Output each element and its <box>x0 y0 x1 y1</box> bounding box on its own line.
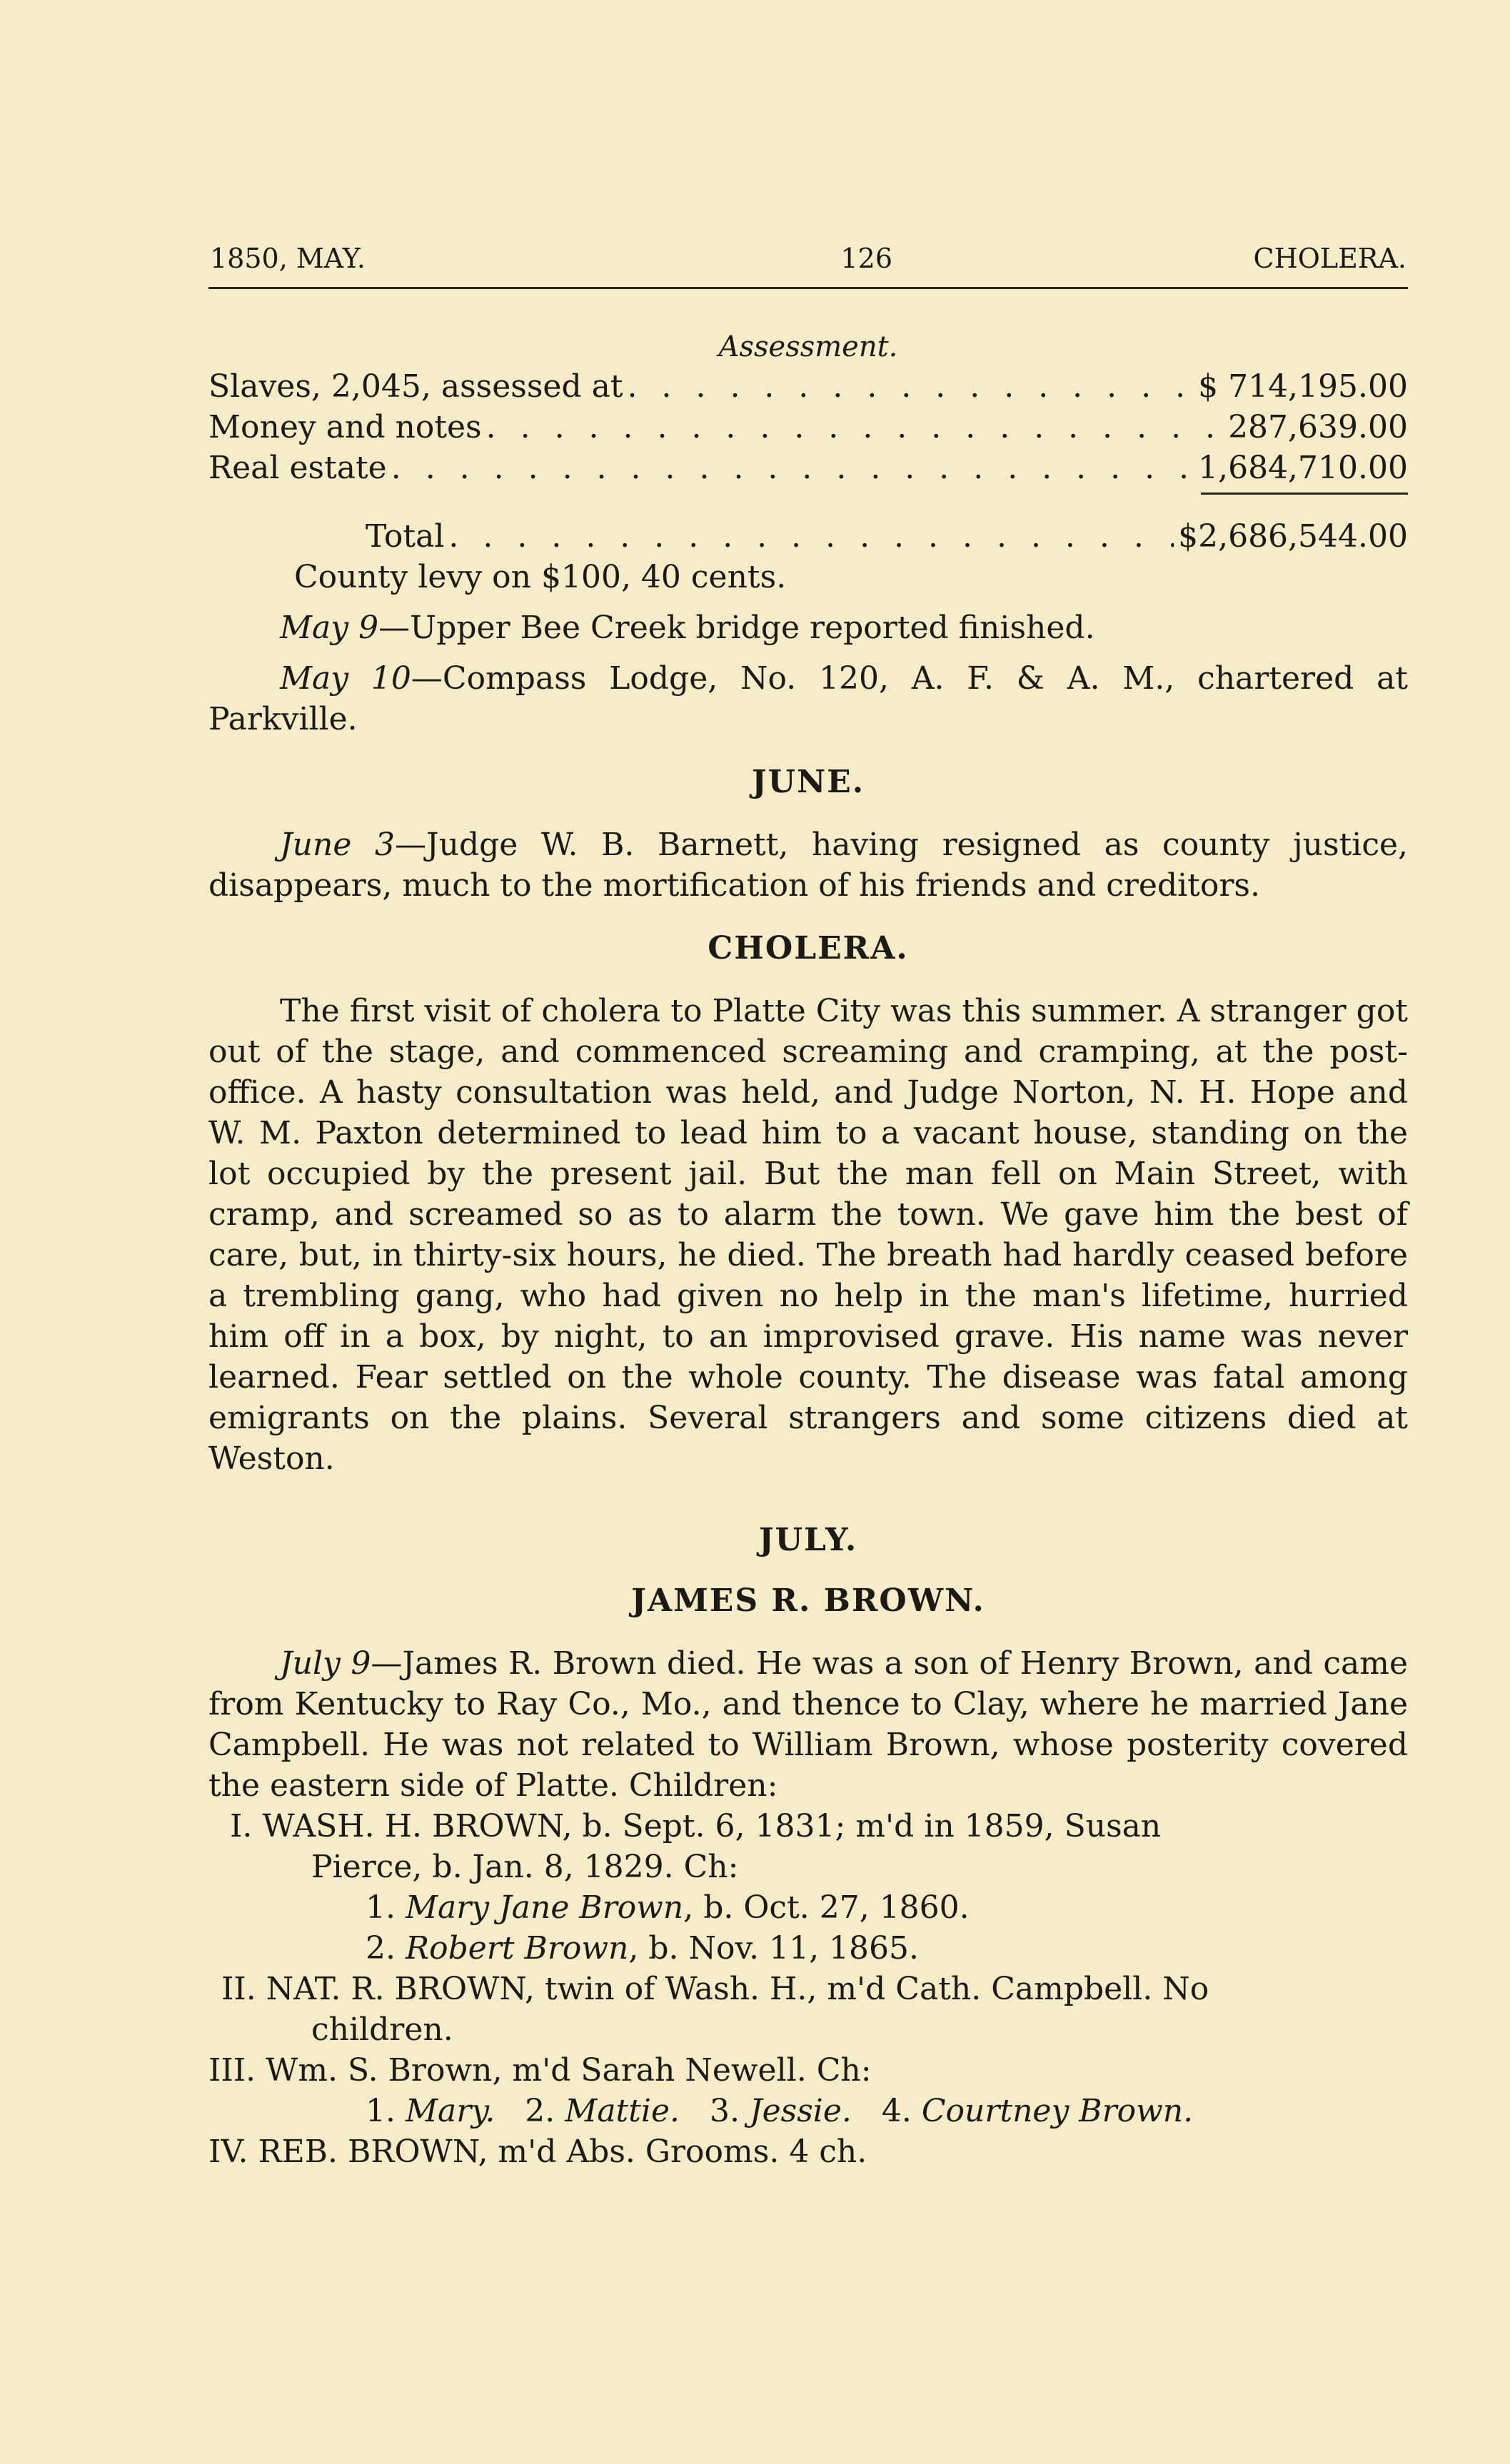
subheading-james-r-brown: JAMES R. BROWN. <box>208 1582 1408 1619</box>
grandchild-birth: , b. Oct. 27, 1860. <box>683 1889 969 1926</box>
entry-june-3: June 3—Judge W. B. Barnett, having resig… <box>208 824 1408 906</box>
grandchild-line: 1. Mary Jane Brown, b. Oct. 27, 1860. <box>208 1887 1408 1928</box>
grandchild-name: Mattie. <box>565 2093 680 2129</box>
section-heading-june: JUNE. <box>208 764 1408 800</box>
children-list: I. WASH. H. BROWN, b. Sept. 6, 1831; m'd… <box>208 1806 1408 2172</box>
ledger-row-slaves: Slaves, 2,045, assessed at $ 714,195.00 <box>208 366 1408 407</box>
ledger-amount: $ 714,195.00 <box>1198 366 1408 407</box>
grandchild-number: 2. <box>525 2093 555 2129</box>
header-rule <box>208 287 1408 289</box>
entry-date: July 9 <box>280 1645 371 1682</box>
grandchild-name: Jessie. <box>750 2093 852 2129</box>
child-line: I. WASH. H. BROWN, b. Sept. 6, 1831; m'd… <box>208 1806 1408 1847</box>
grandchild-number: 1. <box>366 1889 396 1926</box>
entry-text: —Upper Bee Creek bridge reported finishe… <box>378 610 1094 646</box>
entry-text: —James R. Brown died. He was a son of He… <box>208 1645 1408 1804</box>
ledger-amount: 1,684,710.00 <box>1198 448 1408 488</box>
grandchild-number: 2. <box>366 1930 396 1966</box>
child-line: II. NAT. R. BROWN, twin of Wash. H., m'd… <box>208 1969 1408 2009</box>
running-head-date: 1850, MAY. <box>210 243 366 274</box>
ledger-row-real-estate: Real estate 1,684,710.00 <box>208 448 1408 488</box>
dot-leader <box>628 366 1194 407</box>
grandchild-name: Courtney Brown. <box>922 2093 1193 2129</box>
entry-may-9: May 9—Upper Bee Creek bridge reported fi… <box>208 607 1408 648</box>
ledger-label: Money and notes <box>208 407 482 448</box>
ledger-label: Real estate <box>208 448 387 488</box>
grandchild-name: Mary Jane Brown <box>406 1889 683 1926</box>
grandchild-birth: , b. Nov. 11, 1865. <box>628 1930 919 1966</box>
child-line-continued: Pierce, b. Jan. 8, 1829. Ch: <box>208 1847 1408 1887</box>
running-head-section: CHOLERA. <box>1254 243 1406 274</box>
entry-date: May 10 <box>280 660 411 697</box>
dot-leader <box>448 516 1174 557</box>
entry-date: May 9 <box>280 610 378 646</box>
grandchild-name: Mary. <box>406 2093 495 2129</box>
grandchild-line: 2. Robert Brown, b. Nov. 11, 1865. <box>208 1928 1408 1969</box>
book-page: 1850, MAY. 126 CHOLERA. Assessment. Slav… <box>208 243 1408 2172</box>
ledger-row-money: Money and notes 287,639.00 <box>208 407 1408 448</box>
assessment-table: Slaves, 2,045, assessed at $ 714,195.00 … <box>208 366 1408 557</box>
running-head: 1850, MAY. 126 CHOLERA. <box>208 243 1408 284</box>
ledger-label: Total <box>366 516 444 557</box>
cholera-paragraph: The first visit of cholera to Platte Cit… <box>208 991 1408 1479</box>
entry-july-9: July 9—James R. Brown died. He was a son… <box>208 1643 1408 1806</box>
ledger-label: Slaves, 2,045, assessed at <box>208 366 623 407</box>
grandchild-name: Robert Brown <box>406 1930 628 1966</box>
entry-date: June 3 <box>280 827 395 863</box>
page-number: 126 <box>840 243 892 274</box>
dot-leader <box>391 448 1194 488</box>
grandchild-number: 4. <box>882 2093 912 2129</box>
sum-rule <box>1201 493 1408 495</box>
section-heading-july: JULY. <box>208 1522 1408 1558</box>
ledger-amount: $2,686,544.00 <box>1178 516 1408 557</box>
child-line: III. Wm. S. Brown, m'd Sarah Newell. Ch: <box>208 2050 1408 2091</box>
grandchild-number: 1. <box>366 2093 396 2129</box>
grandchild-number: 3. <box>710 2093 740 2129</box>
ledger-row-total: Total $2,686,544.00 <box>208 516 1408 557</box>
dot-leader <box>486 407 1224 448</box>
grandchild-line-inline: 1. Mary. 2. Mattie. 3. Jessie. 4. Courtn… <box>208 2091 1408 2131</box>
assessment-title: Assessment. <box>208 330 1408 363</box>
entry-may-10: May 10—Compass Lodge, No. 120, A. F. & A… <box>208 658 1408 739</box>
section-heading-cholera: CHOLERA. <box>208 930 1408 966</box>
child-line-continued: children. <box>208 2009 1408 2050</box>
child-line: IV. REB. BROWN, m'd Abs. Grooms. 4 ch. <box>208 2131 1408 2172</box>
ledger-amount: 287,639.00 <box>1228 407 1408 448</box>
county-levy: County levy on $100, 40 cents. <box>208 557 1408 597</box>
